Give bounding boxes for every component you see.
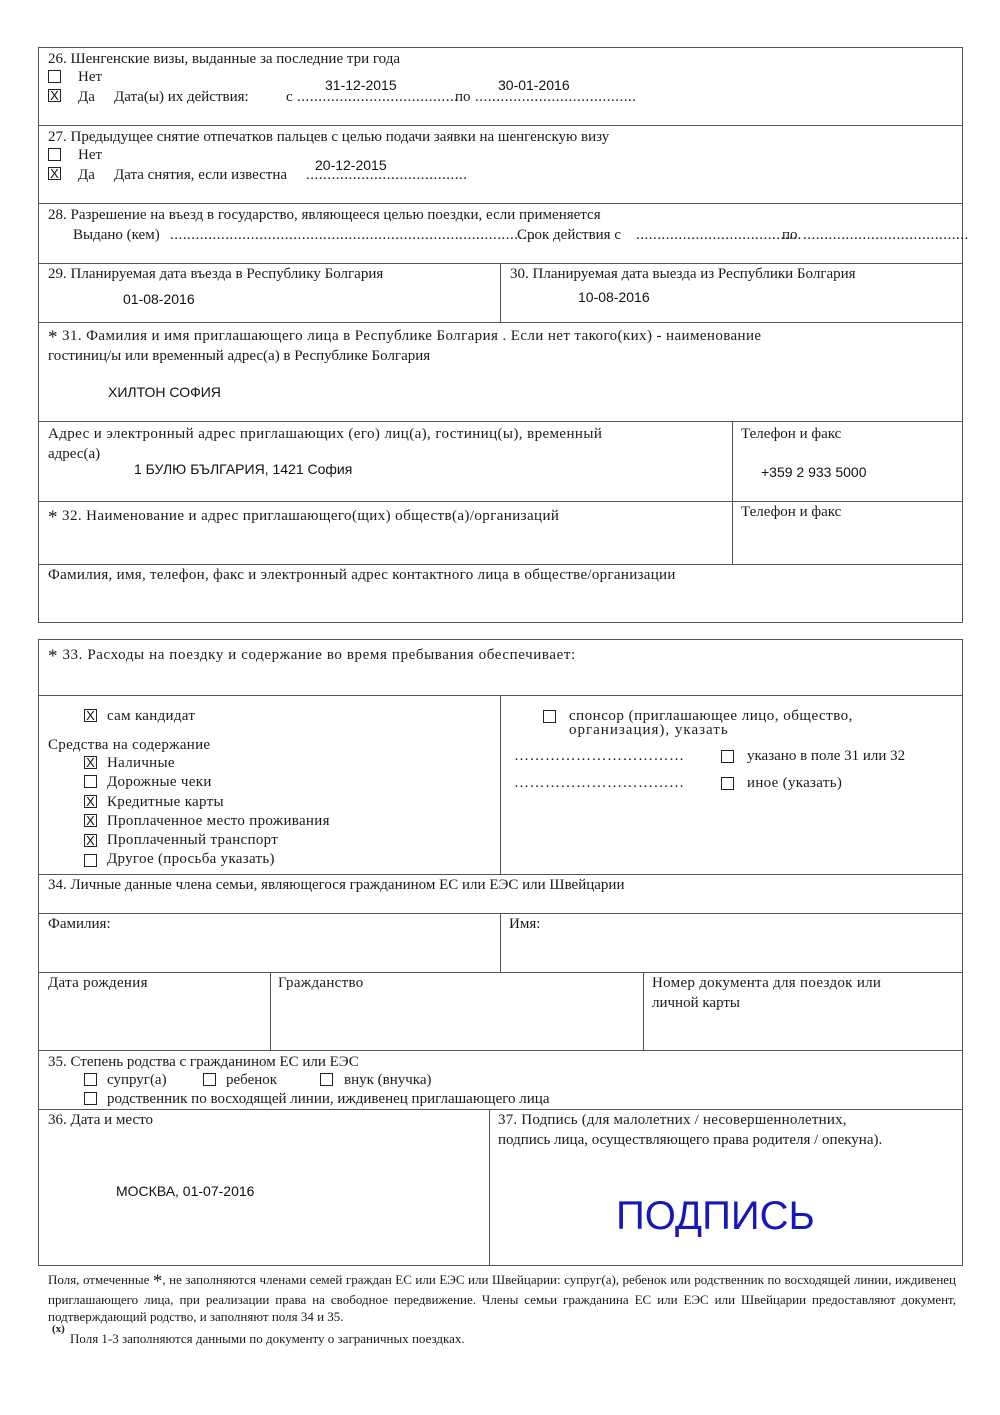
section-35-title: 35. Степень родства с гражданином ЕС или… [48, 1055, 359, 1070]
s32-contact-label: Фамилия, имя, телефон, факс и электронны… [48, 568, 676, 583]
s35-ascendant-checkbox[interactable] [84, 1092, 97, 1105]
divider [38, 125, 963, 126]
s26-from-label: с [286, 90, 293, 105]
divider [489, 1109, 490, 1266]
s33-means-cards-label: Кредитные карты [107, 795, 224, 810]
s34-name-label: Имя: [509, 917, 540, 932]
s33-means-accommodation-label: Проплаченное место проживания [107, 814, 330, 829]
s33-self-checkbox[interactable]: X [84, 709, 97, 722]
s28-issued-label: Выдано (кем) [73, 228, 160, 243]
s33-self-label: сам кандидат [107, 709, 195, 724]
divider [500, 695, 501, 874]
divider [500, 263, 501, 322]
s35-spouse-label: супруг(а) [107, 1073, 167, 1088]
signature[interactable]: ПОДПИСЬ [616, 1196, 815, 1236]
section-37-title-line2: подпись лица, осуществляющего права роди… [498, 1133, 882, 1148]
asterisk-mark: * [153, 1271, 163, 1292]
s34-surname-label: Фамилия: [48, 917, 111, 932]
divider [643, 972, 644, 1050]
s26-to-value[interactable]: 30-01-2016 [498, 78, 570, 92]
s33-means-cash-checkbox[interactable]: X [84, 756, 97, 769]
s26-no-checkbox[interactable] [48, 70, 61, 83]
section-32-title: * 32. Наименование и адрес приглашающего… [48, 508, 559, 527]
s34-dob-label: Дата рождения [48, 976, 148, 991]
asterisk-mark: * [48, 507, 58, 528]
s26-yes-label: Да [78, 90, 95, 105]
s33-means-cheques-checkbox[interactable] [84, 775, 97, 788]
s33-sponsor-opt1-checkbox[interactable] [721, 750, 734, 763]
s28-valid-from-label: Срок действия с [517, 228, 621, 243]
s28-valid-to-label: по [782, 228, 798, 243]
section-30-title: 30. Планируемая дата выезда из Республик… [510, 267, 856, 282]
s27-date-label: Дата снятия, если известна [114, 168, 287, 183]
divider [38, 421, 963, 422]
section-29-title: 29. Планируемая дата въезда в Республику… [48, 267, 383, 282]
s33-sponsor-checkbox[interactable] [543, 710, 556, 723]
divider [38, 501, 963, 502]
s33-means-cheques-label: Дорожные чеки [107, 775, 212, 790]
section-34-title: 34. Личные данные члена семьи, являющего… [48, 878, 624, 893]
footer-note: Поля, отмеченные *, не заполняются члена… [48, 1271, 956, 1326]
s26-no-label: Нет [78, 70, 102, 85]
section-31-title: * 31. Фамилия и имя приглашающего лица в… [48, 328, 761, 347]
s31-host-value[interactable]: ХИЛТОН СОФИЯ [108, 385, 221, 399]
divider [38, 322, 963, 323]
s35-grandchild-label: внук (внучка) [344, 1073, 432, 1088]
s27-date-value[interactable]: 20-12-2015 [315, 158, 387, 172]
s36-date-place-value[interactable]: МОСКВА, 01-07-2016 [116, 1184, 254, 1198]
s27-no-checkbox[interactable] [48, 148, 61, 161]
s26-dates-label: Дата(ы) их действия: [114, 90, 249, 105]
s33-means-other-checkbox[interactable] [84, 854, 97, 867]
s32-phone-label: Телефон и факс [741, 505, 841, 520]
divider [732, 421, 733, 564]
section-31-title-line1: 31. Фамилия и имя приглашающего лица в Р… [58, 328, 762, 344]
s33-means-label: Средства на содержание [48, 738, 210, 753]
s28-issued-field-line: ........................................… [170, 228, 536, 243]
s33-sponsor-opt1-label: указано в поле 31 или 32 [747, 749, 905, 764]
s33-means-transport-label: Проплаченный транспорт [107, 833, 278, 848]
s31-address-label: Адрес и электронный адрес приглашающих (… [48, 427, 602, 442]
s27-yes-checkbox[interactable]: X [48, 167, 61, 180]
s33-means-other-label: Другое (просьба указать) [107, 852, 275, 867]
section-37-title: 37. Подпись (для малолетних / несовершен… [498, 1113, 847, 1128]
section-36-title: 36. Дата и место [48, 1113, 153, 1128]
section-27-title: 27. Предыдущее снятие отпечатков пальцев… [48, 130, 609, 145]
asterisk-mark: * [48, 327, 58, 348]
asterisk-mark: * [48, 646, 58, 667]
section-32-title-text: 32. Наименование и адрес приглашающего(щ… [58, 508, 559, 524]
s28-valid-from-field-line: ....................................... [636, 228, 802, 243]
s27-no-label: Нет [78, 148, 102, 163]
divider [500, 913, 501, 972]
section-31-title-line2: гостиниц/ы или временный адрес(а) в Респ… [48, 349, 430, 364]
s27-yes-label: Да [78, 168, 95, 183]
s31-phone-label: Телефон и факс [741, 427, 841, 442]
s33-sponsor-opt2-label: иное (указать) [747, 776, 842, 791]
divider [38, 1109, 963, 1110]
s26-from-value[interactable]: 31-12-2015 [325, 78, 397, 92]
s35-ascendant-label: родственник по восходящей линии, иждивен… [107, 1092, 550, 1107]
s33-means-cash-label: Наличные [107, 756, 175, 771]
section-33-title-text: 33. Расходы на поездку и содержание во в… [58, 647, 576, 663]
s28-valid-to-field-line: ....................................... [803, 228, 969, 243]
s34-doc-label-line2: личной карты [652, 996, 740, 1011]
s26-yes-checkbox[interactable]: X [48, 89, 61, 102]
s26-to-label: по [455, 90, 471, 105]
divider [38, 1050, 963, 1051]
s34-doc-label: Номер документа для поездок или [652, 976, 881, 991]
s30-exit-date-value[interactable]: 10-08-2016 [578, 290, 650, 304]
s34-citizenship-label: Гражданство [278, 976, 364, 991]
divider [38, 564, 963, 565]
divider [270, 972, 271, 1050]
divider [38, 874, 963, 875]
s33-means-cards-checkbox[interactable]: X [84, 795, 97, 808]
s35-grandchild-checkbox[interactable] [320, 1073, 333, 1086]
s35-child-label: ребенок [226, 1073, 277, 1088]
section-33-title: * 33. Расходы на поездку и содержание во… [48, 647, 576, 666]
footer-x-note: Поля 1-3 заполняются данными по документ… [70, 1332, 465, 1345]
s29-entry-date-value[interactable]: 01-08-2016 [123, 292, 195, 306]
footer-x-mark: (x) [52, 1324, 65, 1335]
section-28-title: 28. Разрешение на въезд в государство, я… [48, 208, 601, 223]
s35-spouse-checkbox[interactable] [84, 1073, 97, 1086]
s31-phone-value[interactable]: +359 2 933 5000 [761, 465, 867, 479]
s33-sponsor-opt2-checkbox[interactable] [721, 777, 734, 790]
s33-sponsor-field-line-1: …………………………… [514, 749, 685, 764]
s35-child-checkbox[interactable] [203, 1073, 216, 1086]
s33-sponsor-label-line2: организация), указать [569, 723, 729, 738]
divider [38, 972, 963, 973]
s31-address-label-line2: адрес(а) [48, 447, 100, 462]
section-26-title: 26. Шенгенские визы, выданные за последн… [48, 52, 400, 67]
divider [38, 203, 963, 204]
s31-address-value[interactable]: 1 БУЛЮ БЪЛГАРИЯ, 1421 София [134, 462, 352, 476]
s33-sponsor-field-line-2: …………………………… [514, 776, 685, 791]
s33-means-transport-checkbox[interactable]: X [84, 834, 97, 847]
s33-means-accommodation-checkbox[interactable]: X [84, 814, 97, 827]
